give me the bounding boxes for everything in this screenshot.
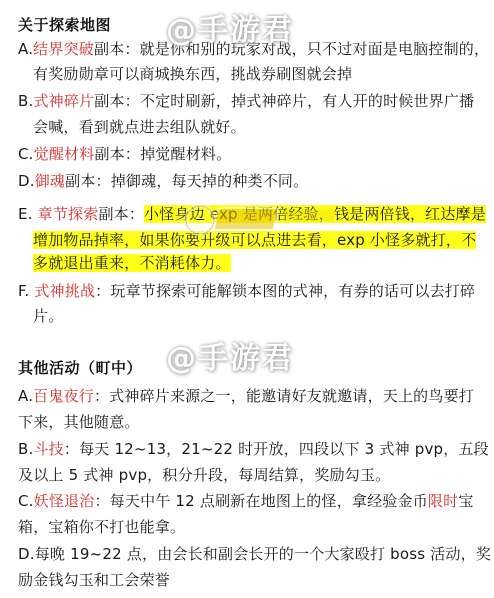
- list-item-yuhun: D.御魂副本：掉御魂，每天掉的种类不同。: [18, 170, 308, 192]
- item-keyword: 限时: [428, 492, 458, 510]
- watermark-text: @手游君: [166, 333, 294, 377]
- item-name: 式神碎片: [33, 92, 94, 110]
- list-item-continuation: 片。: [33, 305, 63, 327]
- highlighted-text: 小怪身边 exp 是两倍经验，钱是两倍钱，红达摩是: [144, 205, 486, 223]
- list-item-continuation-highlighted: 多就退出重来，不消耗体力。: [33, 252, 231, 274]
- list-item-shishen-suipian: B.式神碎片副本：不定时刷新，掉式神碎片，有人开的时候世界广播: [18, 90, 474, 112]
- list-item-guild-boss: D.每晚 19~22 点，由会长和副会长开的一个大家殴打 boss 活动，奖: [18, 543, 491, 565]
- item-name: 御魂: [35, 172, 65, 190]
- list-item-continuation: 箱，宝箱你不打也能拿。: [18, 516, 185, 538]
- list-item-jiejie-tupo: A.结界突破副本：就是你和别的玩家对战，只不过对面是电脑控制的，: [18, 38, 489, 60]
- highlighted-text: 多就退出重来，不消耗体力。: [33, 254, 231, 272]
- list-item-continuation: 下来，其他随意。: [18, 411, 140, 433]
- list-item-continuation: 及以上 5 式神 pvp，积分升段，每周结算，奖励勾玉。: [18, 464, 390, 486]
- item-name: 结界突破: [33, 40, 94, 58]
- list-item-shishen-tiaozhan: F. 式神挑战：玩章节探索可能解锁本图的式神，有券的话可以去打碎: [18, 280, 475, 302]
- item-name: 章节探索: [38, 205, 99, 223]
- item-name: 百鬼夜行: [33, 387, 94, 405]
- list-item-baigui-yexing: A.百鬼夜行：式神碎片来源之一，能邀请好友就邀请，天上的鸟要打: [18, 385, 474, 407]
- item-name: 觉醒材料: [34, 145, 95, 163]
- list-item-zhangjie-tansuo: E. 章节探索副本：小怪身边 exp 是两倍经验，钱是两倍钱，红达摩是: [18, 203, 486, 225]
- list-item-douji: B.斗技：每天 12~13，21~22 时开放，四段以下 3 式神 pvp，五段: [18, 438, 489, 460]
- item-name: 式神挑战: [34, 282, 95, 300]
- list-item-continuation: 有奖励勋章可以商城换东西，挑战券刷图就会掉: [33, 63, 352, 85]
- highlighted-text: 增加物品掉率，如果你要升级可以点进去看，exp 小怪多就打，不: [33, 231, 476, 249]
- list-item-continuation: 会喊，看到就点进去组队就好。: [33, 116, 246, 138]
- section-title-other-activities: 其他活动（町中）: [18, 357, 142, 378]
- item-name: 妖怪退治: [34, 492, 95, 510]
- list-item-juexing-cailiao: C.觉醒材料副本：掉觉醒材料。: [18, 143, 231, 165]
- item-name: 斗技: [33, 440, 63, 458]
- section-title-explore-map: 关于探索地图: [18, 14, 111, 35]
- list-item-continuation: 励金钱勾玉和工会荣誉: [18, 569, 170, 591]
- list-item-yaoguai-tuizhi: C.妖怪退治：每天中午 12 点刷新在地图上的怪，拿经验金币限时宝: [18, 490, 474, 512]
- list-item-continuation-highlighted: 增加物品掉率，如果你要升级可以点进去看，exp 小怪多就打，不: [33, 229, 476, 251]
